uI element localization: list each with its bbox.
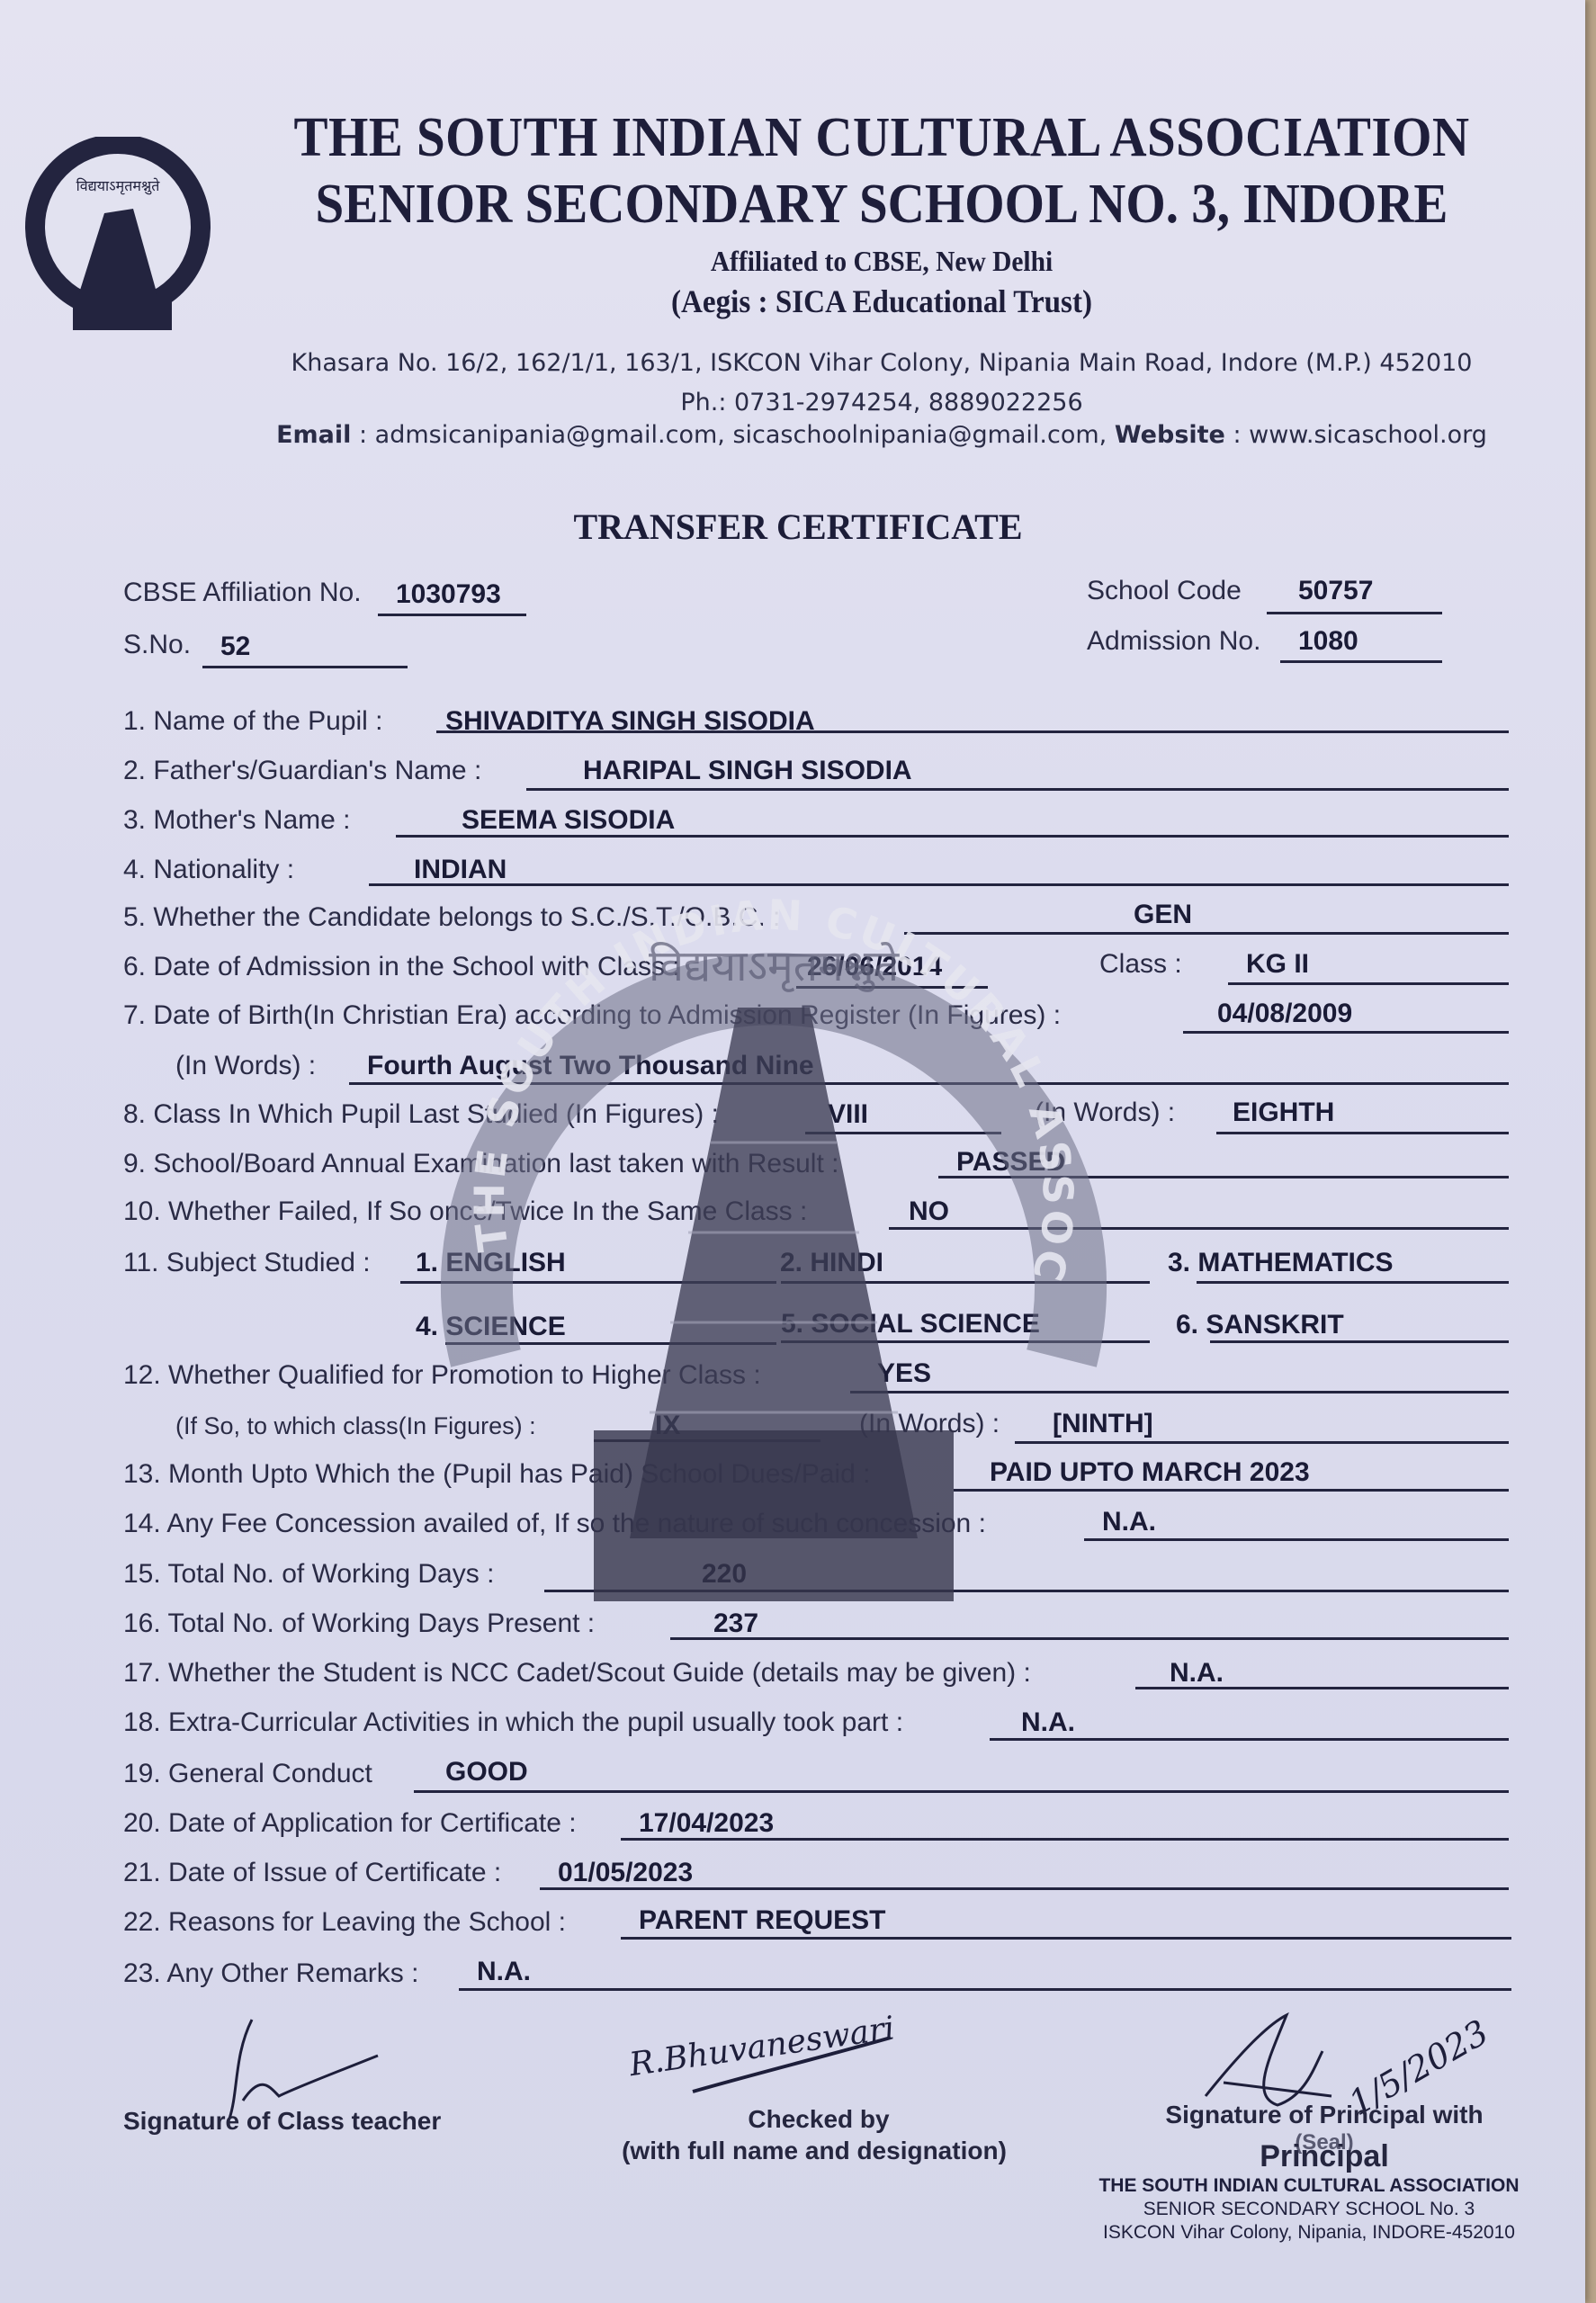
last-class-words-label: (In Words) : xyxy=(1035,1098,1175,1128)
promotion-status: YES xyxy=(877,1358,931,1389)
website-value: : www.sicaschool.org xyxy=(1225,421,1487,449)
father-name: HARIPAL SINGH SISODIA xyxy=(583,756,912,786)
school-contact: Email : admsicanipania@gmail.com, sicasc… xyxy=(234,421,1529,449)
seal-line-3: ISKCON Vihar Colony, Nipania, INDORE-452… xyxy=(1057,2222,1561,2244)
promotion-words-label: (In Words) : xyxy=(859,1409,1000,1439)
school-logo-icon: विद्ययाऽमृतमश्नुते xyxy=(23,137,212,335)
field-20-label: 20. Date of Application for Certificate … xyxy=(123,1808,577,1839)
mother-name: SEEMA SISODIA xyxy=(462,805,675,836)
dob-in-words: Fourth August Two Thousand Nine xyxy=(367,1051,814,1081)
field-12-label: 12. Whether Qualified for Promotion to H… xyxy=(123,1360,761,1391)
field-19-label: 19. General Conduct xyxy=(123,1759,372,1789)
field-9-label: 9. School/Board Annual Examination last … xyxy=(123,1149,838,1179)
checked-by-caption: Checked by xyxy=(630,2105,1008,2134)
extra-curricular: N.A. xyxy=(1021,1707,1075,1738)
seal-line-1: THE SOUTH INDIAN CULTURAL ASSOCIATION xyxy=(1057,2175,1561,2197)
sno-label: S.No. xyxy=(123,630,191,660)
leaving-reason: PARENT REQUEST xyxy=(639,1905,885,1936)
affiliation-text: Affiliated to CBSE, New Delhi xyxy=(286,245,1478,278)
field-16-label: 16. Total No. of Working Days Present : xyxy=(123,1609,595,1639)
last-class-figures: VIII xyxy=(828,1099,868,1130)
field-8-label: 8. Class In Which Pupil Last Studied (In… xyxy=(123,1099,719,1130)
dob-words-label: (In Words) : xyxy=(175,1051,316,1081)
field-4-label: 4. Nationality : xyxy=(123,855,294,885)
promotion-class-label: (If So, to which class(In Figures) : xyxy=(175,1412,536,1440)
admission-date: 26/06/2014 xyxy=(807,952,942,982)
application-date: 17/04/2023 xyxy=(639,1808,774,1839)
general-conduct: GOOD xyxy=(445,1757,528,1788)
subject-4: 4. SCIENCE xyxy=(416,1312,566,1342)
field-14-label: 14. Any Fee Concession availed of, If so… xyxy=(123,1509,986,1539)
seal-line-2: SENIOR SECONDARY SCHOOL No. 3 xyxy=(1057,2199,1561,2220)
admission-label: Admission No. xyxy=(1087,626,1260,657)
school-code: 50757 xyxy=(1298,576,1373,606)
principal-caption: Signature of Principal with xyxy=(1153,2101,1495,2129)
affiliation-number: 1030793 xyxy=(396,579,501,610)
field-21-label: 21. Date of Issue of Certificate : xyxy=(123,1858,501,1888)
promotion-class-words: [NINTH] xyxy=(1053,1409,1153,1439)
field-15-label: 15. Total No. of Working Days : xyxy=(123,1559,494,1590)
field-23-label: 23. Any Other Remarks : xyxy=(123,1958,418,1989)
field-6-label: 6. Date of Admission in the School with … xyxy=(123,952,680,982)
field-10-label: 10. Whether Failed, If So once/Twice In … xyxy=(123,1196,807,1227)
subject-6: 6. SANSKRIT xyxy=(1176,1310,1344,1340)
fee-concession: N.A. xyxy=(1102,1507,1156,1537)
admission-class: KG II xyxy=(1246,949,1309,980)
checker-signature-icon: R.Bhuvaneswari xyxy=(621,2002,927,2101)
school-name-line2: SENIOR SECONDARY SCHOOL NO. 3, INDORE xyxy=(286,173,1478,237)
field-17-label: 17. Whether the Student is NCC Cadet/Sco… xyxy=(123,1658,1031,1689)
aegis-text: (Aegis : SICA Educational Trust) xyxy=(286,282,1478,320)
school-phone: Ph.: 0731-2974254, 8889022256 xyxy=(234,389,1529,417)
subject-5: 5. SOCIAL SCIENCE xyxy=(781,1309,1040,1340)
exam-result: PASSED xyxy=(956,1147,1065,1178)
field-5-label: 5. Whether the Candidate belongs to S.C.… xyxy=(123,902,780,933)
field-18-label: 18. Extra-Curricular Activities in which… xyxy=(123,1707,903,1738)
field-7-label: 7. Date of Birth(In Christian Era) accor… xyxy=(123,1000,1061,1031)
field-3-label: 3. Mother's Name : xyxy=(123,805,350,836)
field-22-label: 22. Reasons for Leaving the School : xyxy=(123,1907,566,1938)
admission-class-label: Class : xyxy=(1099,949,1182,980)
affiliation-label: CBSE Affiliation No. xyxy=(123,578,362,608)
category: GEN xyxy=(1134,900,1192,930)
field-1-label: 1. Name of the Pupil : xyxy=(123,706,383,737)
admission-number: 1080 xyxy=(1298,626,1358,657)
subject-2: 2. HINDI xyxy=(780,1248,883,1278)
subject-1: 1. ENGLISH xyxy=(416,1248,566,1278)
promotion-class-figures: IX xyxy=(655,1411,680,1441)
nationality: INDIAN xyxy=(414,855,507,885)
svg-text:विद्ययाऽमृतमश्नुते: विद्ययाऽमृतमश्नुते xyxy=(76,177,161,195)
ncc-status: N.A. xyxy=(1170,1658,1224,1689)
website-label: Website xyxy=(1115,421,1225,449)
school-code-label: School Code xyxy=(1087,576,1242,606)
other-remarks: N.A. xyxy=(477,1957,531,1987)
email-value: : admsicanipania@gmail.com, sicaschoolni… xyxy=(351,421,1114,449)
working-days-present: 237 xyxy=(713,1609,758,1639)
issue-date: 01/05/2023 xyxy=(558,1858,693,1888)
total-working-days: 220 xyxy=(702,1559,747,1590)
serial-number: 52 xyxy=(220,632,250,662)
school-address: Khasara No. 16/2, 162/1/1, 163/1, ISKCON… xyxy=(234,349,1529,377)
checked-by-note: (with full name and designation) xyxy=(603,2137,1026,2165)
email-label: Email xyxy=(276,421,351,449)
seal-principal-title: Principal xyxy=(1153,2139,1495,2174)
dues-paid-upto: PAID UPTO MARCH 2023 xyxy=(990,1457,1310,1488)
field-2-label: 2. Father's/Guardian's Name : xyxy=(123,756,481,786)
date-of-birth: 04/08/2009 xyxy=(1217,999,1352,1029)
subject-3: 3. MATHEMATICS xyxy=(1168,1248,1394,1278)
last-class-words: EIGHTH xyxy=(1233,1098,1334,1128)
class-teacher-caption: Signature of Class teacher xyxy=(123,2107,441,2136)
field-13-label: 13. Month Upto Which the (Pupil has Paid… xyxy=(123,1459,870,1490)
school-name-line1: THE SOUTH INDIAN CULTURAL ASSOCIATION xyxy=(286,106,1478,170)
certificate-title: TRANSFER CERTIFICATE xyxy=(0,506,1596,548)
failed-status: NO xyxy=(909,1196,949,1227)
field-11-label: 11. Subject Studied : xyxy=(123,1248,371,1278)
transfer-certificate-page: विद्ययाऽमृतमश्नुते THE SOUTH INDIAN CULT… xyxy=(0,0,1585,2303)
